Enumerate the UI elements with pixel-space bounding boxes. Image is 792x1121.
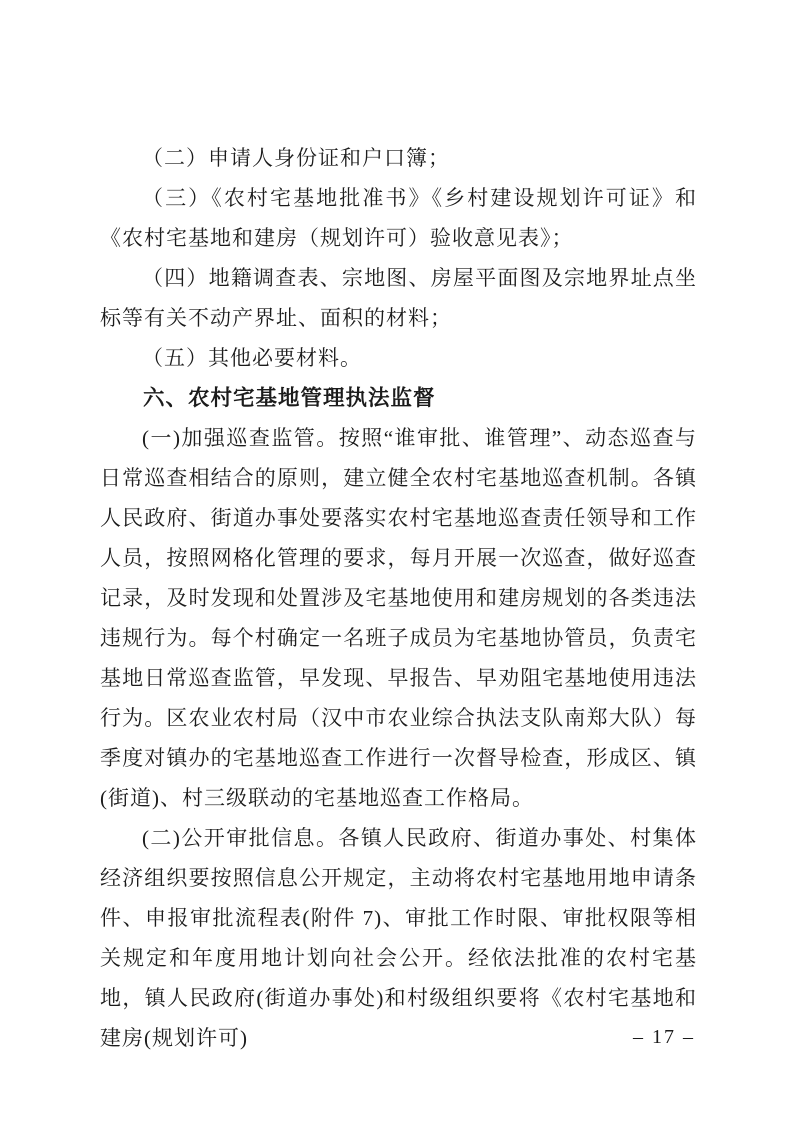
paragraph-2: (二)公开审批信息。各镇人民政府、街道办事处、村集体经济组织要按照信息公开规定，… <box>100 818 697 1058</box>
list-item-5: （五）其他必要材料。 <box>100 338 697 378</box>
paragraph-1: (一)加强巡查监管。按照“谁审批、谁管理”、动态巡查与日常巡查相结合的原则，建立… <box>100 418 697 818</box>
section-heading: 六、农村宅基地管理执法监督 <box>100 378 697 418</box>
page-number: – 17 – <box>633 1026 695 1049</box>
document-page: （二）申请人身份证和户口簿； （三）《农村宅基地批准书》《乡村建设规划许可证》和… <box>0 0 792 1121</box>
list-item-2: （二）申请人身份证和户口簿； <box>100 138 697 178</box>
list-item-4: （四）地籍调查表、宗地图、房屋平面图及宗地界址点坐标等有关不动产界址、面积的材料… <box>100 258 697 338</box>
list-item-3: （三）《农村宅基地批准书》《乡村建设规划许可证》和《农村宅基地和建房（规划许可）… <box>100 178 697 258</box>
document-body: （二）申请人身份证和户口簿； （三）《农村宅基地批准书》《乡村建设规划许可证》和… <box>100 138 697 1058</box>
